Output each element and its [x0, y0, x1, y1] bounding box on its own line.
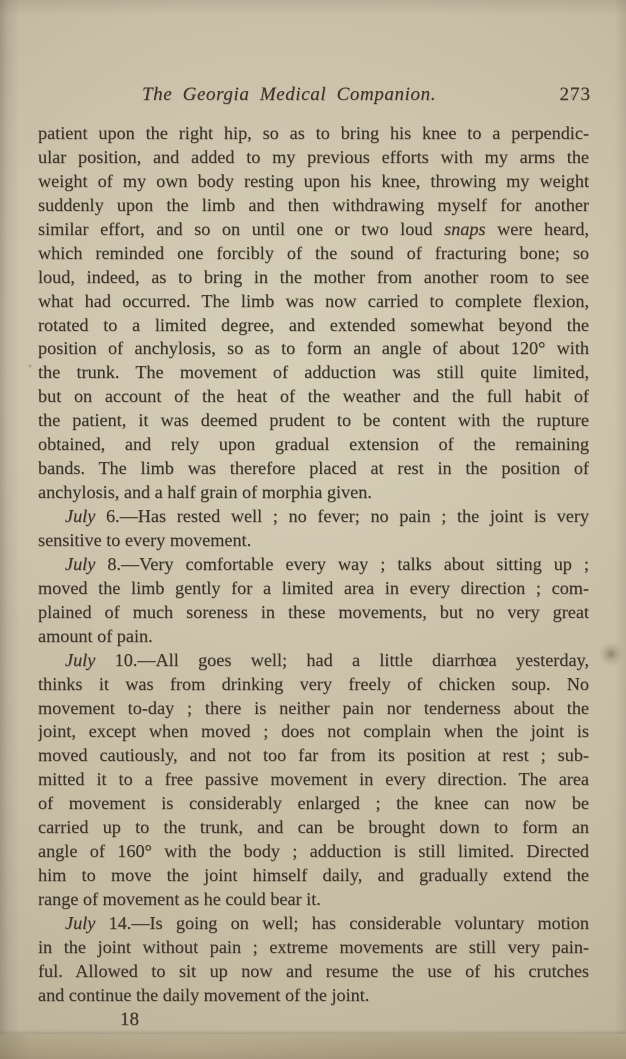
body-text: of movement is considerably enlarged ; t…	[38, 793, 589, 813]
body-text: position of anchylosis, so as to form an…	[38, 338, 589, 358]
text-line: in the joint without pain ; extreme move…	[38, 936, 589, 960]
text-line: thinks it was from drinking very freely …	[38, 673, 589, 697]
text-line: suddenly upon the limb and then withdraw…	[38, 194, 589, 218]
text-line: angle of 160° with the body ; adduction …	[38, 840, 589, 864]
text-line: amount of pain.	[38, 625, 589, 649]
body-text: ful. Allowed to sit up now and resume th…	[38, 961, 589, 981]
scanned-page: The Georgia Medical Companion. 273 patie…	[0, 0, 626, 1059]
text-line: movement to-day ; there is neither pain …	[38, 697, 589, 721]
body-text: were heard,	[486, 219, 589, 239]
body-text: movement to-day ; there is neither pain …	[38, 698, 589, 718]
body-text: in the joint without pain ; extreme move…	[38, 937, 589, 957]
body-text: moved the limb gently for a limited area…	[38, 578, 589, 598]
text-line: rotated to a limited degree, and extende…	[38, 314, 589, 338]
body-text: but on account of the heat of the weathe…	[38, 386, 589, 406]
text-line: bands. The limb was therefore placed at …	[38, 457, 589, 481]
text-line: joint, except when moved ; does not comp…	[38, 720, 589, 744]
body-text: him to move the joint himself daily, and…	[38, 865, 589, 885]
text-line: mitted it to a free passive movement in …	[38, 768, 589, 792]
body-text: range of movement as he could bear it.	[38, 889, 321, 909]
text-line: obtained, and rely upon gradual extensio…	[38, 433, 589, 457]
text-line: July 8.—Very comfortable every way ; tal…	[38, 553, 589, 577]
text-line: and continue the daily movement of the j…	[38, 984, 589, 1008]
body-text: bands. The limb was therefore placed at …	[38, 458, 589, 478]
text-line: the trunk. The movement of adduction was…	[38, 361, 589, 385]
text-line: position of anchylosis, so as to form an…	[38, 337, 589, 361]
text-line: ful. Allowed to sit up now and resume th…	[38, 960, 589, 984]
page-bottom-edge	[0, 1034, 626, 1059]
body-text: angle of 160° with the body ; adduction …	[38, 841, 589, 861]
body-text: which reminded one forcibly of the sound…	[38, 243, 589, 263]
page-number: 273	[560, 84, 592, 106]
body-text: 8.—Very comfortable every way ; talks ab…	[95, 554, 589, 574]
text-line: weight of my own body resting upon his k…	[38, 170, 589, 194]
italic-text: July	[65, 650, 95, 670]
text-line: which reminded one forcibly of the sound…	[38, 242, 589, 266]
text-line: him to move the joint himself daily, and…	[38, 864, 589, 888]
text-line: July 6.—Has rested well ; no fever; no p…	[38, 505, 589, 529]
text-line: plained of much soreness in these moveme…	[38, 601, 589, 625]
body-text: carried up to the trunk, and can be brou…	[38, 817, 589, 837]
text-line: the patient, it was deemed prudent to be…	[38, 409, 589, 433]
text-line: similar effort, and so on until one or t…	[38, 218, 589, 242]
body-text: ular position, and added to my previous …	[38, 147, 589, 167]
text-line: July 10.—All goes well; had a little dia…	[38, 649, 589, 673]
running-header-title: The Georgia Medical Companion.	[142, 84, 436, 106]
text-line: loud, indeed, as to bring in the mother …	[38, 266, 589, 290]
italic-text: snaps	[444, 219, 485, 239]
text-line: July 14.—Is going on well; has considera…	[38, 912, 589, 936]
body-text: what had occurred. The limb was now carr…	[38, 291, 589, 311]
italic-text: July	[65, 506, 95, 526]
body-text: suddenly upon the limb and then withdraw…	[38, 195, 589, 215]
body-text: loud, indeed, as to bring in the mother …	[38, 267, 589, 287]
text-block: patient upon the right hip, so as to bri…	[38, 122, 589, 1032]
body-text: moved cautiously, and not too far from i…	[38, 745, 589, 765]
body-text: joint, except when moved ; does not comp…	[38, 721, 589, 741]
text-line: of movement is considerably enlarged ; t…	[38, 792, 589, 816]
body-text: patient upon the right hip, so as to bri…	[38, 123, 589, 143]
text-line: sensitive to every movement.	[38, 529, 589, 553]
text-line: moved the limb gently for a limited area…	[38, 577, 589, 601]
text-line: anchylosis, and a half grain of morphia …	[38, 481, 589, 505]
body-text: anchylosis, and a half grain of morphia …	[38, 482, 372, 502]
body-text: and continue the daily movement of the j…	[38, 985, 369, 1005]
text-line: but on account of the heat of the weathe…	[38, 385, 589, 409]
text-line: patient upon the right hip, so as to bri…	[38, 122, 589, 146]
body-text: amount of pain.	[38, 626, 153, 646]
text-line: range of movement as he could bear it.	[38, 888, 589, 912]
body-text: 14.—Is going on well; has considerable v…	[95, 913, 589, 933]
italic-text: July	[65, 554, 95, 574]
body-text: similar effort, and so on until one or t…	[38, 219, 444, 239]
body-text: obtained, and rely upon gradual extensio…	[38, 434, 589, 454]
body-text: mitted it to a free passive movement in …	[38, 769, 589, 789]
signature-mark: 18	[38, 1008, 589, 1032]
body-text: rotated to a limited degree, and extende…	[38, 315, 589, 335]
body-text: 6.—Has rested well ; no fever; no pain ;…	[95, 506, 589, 526]
text-line: ular position, and added to my previous …	[38, 146, 589, 170]
running-header: The Georgia Medical Companion. 273	[0, 84, 626, 108]
italic-text: July	[65, 913, 95, 933]
body-text: thinks it was from drinking very freely …	[38, 674, 589, 694]
text-line: carried up to the trunk, and can be brou…	[38, 816, 589, 840]
body-text: plained of much soreness in these moveme…	[38, 602, 589, 622]
body-text: 10.—All goes well; had a little diarrhœa…	[95, 650, 589, 670]
body-text: the patient, it was deemed prudent to be…	[38, 410, 589, 430]
body-text: the trunk. The movement of adduction was…	[38, 362, 589, 382]
text-line: moved cautiously, and not too far from i…	[38, 744, 589, 768]
body-text: weight of my own body resting upon his k…	[38, 171, 589, 191]
body-text: sensitive to every movement.	[38, 530, 251, 550]
text-line: what had occurred. The limb was now carr…	[38, 290, 589, 314]
